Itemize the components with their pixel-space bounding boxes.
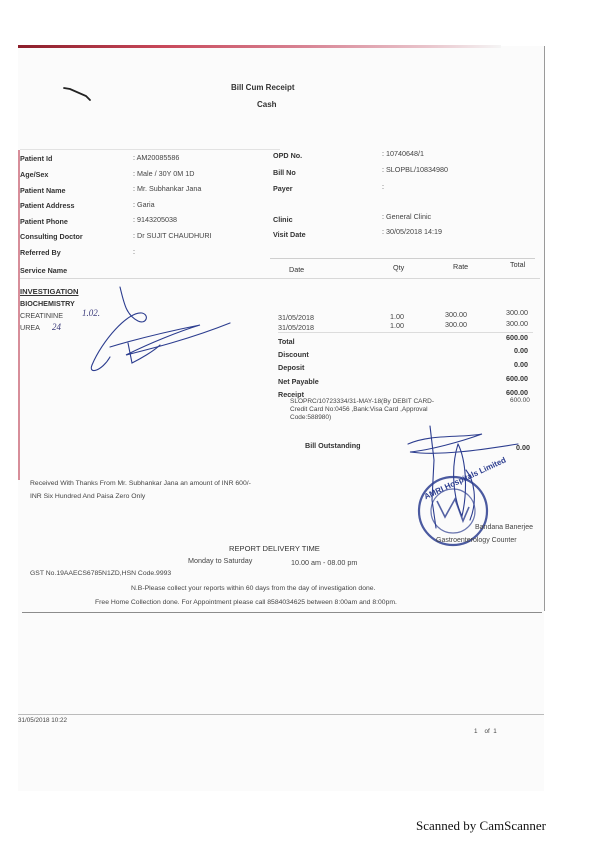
service-name: CREATININE	[20, 311, 63, 320]
patient-phone-label: Patient Phone	[20, 217, 68, 226]
home-collection-note: Free Home Collection done. For Appointme…	[95, 599, 397, 606]
paper-right-edge	[544, 46, 545, 611]
age-sex-value: : Male / 30Y 0M 1D	[133, 169, 194, 178]
service-total: 300.00	[506, 319, 528, 328]
service-rate: 300.00	[445, 320, 467, 329]
receipt-detail-amount: 600.00	[510, 397, 530, 404]
document-subtitle: Cash	[257, 100, 277, 109]
deposit-value: 0.00	[514, 360, 528, 369]
report-delivery-title: REPORT DELIVERY TIME	[229, 544, 320, 553]
service-date: 31/05/2018	[278, 313, 314, 322]
referred-by-value: :	[133, 247, 135, 256]
service-category: INVESTIGATION	[20, 287, 79, 296]
receipt-detail-line-1: SLOPRC/10723334/31-MAY-18(By DEBIT CARD-	[290, 398, 434, 405]
age-sex-label: Age/Sex	[20, 170, 48, 179]
net-payable-label: Net Payable	[278, 377, 319, 386]
patient-name-label: Patient Name	[20, 186, 66, 195]
service-qty: 1.00	[390, 321, 404, 330]
bill-no-label: Bill No	[273, 168, 296, 177]
deposit-label: Deposit	[278, 363, 304, 372]
net-payable-value: 600.00	[506, 374, 528, 383]
collection-note: N.B-Please collect your reports within 6…	[131, 585, 375, 592]
service-name: UREA	[20, 323, 40, 332]
total-value: 600.00	[506, 333, 528, 342]
report-delivery-hours: 10.00 am - 08.00 pm	[291, 558, 357, 567]
service-total: 300.00	[506, 308, 528, 317]
col-date: Date	[289, 265, 304, 274]
signatory-role: Gastroenterology Counter	[436, 537, 517, 544]
counter-signature	[400, 420, 530, 530]
patient-address-value: : Garia	[133, 200, 155, 209]
consulting-doctor-label: Consulting Doctor	[20, 232, 83, 241]
page-indicator: 1 of 1	[474, 728, 497, 735]
amount-in-words: INR Six Hundred And Paisa Zero Only	[30, 493, 145, 500]
pen-mark	[60, 84, 100, 104]
payer-label: Payer	[273, 184, 293, 193]
service-qty: 1.00	[390, 312, 404, 321]
service-date: 31/05/2018	[278, 323, 314, 332]
bill-no-value: : SLOPBL/10834980	[382, 165, 448, 174]
total-label: Total	[278, 337, 295, 346]
clinic-value: : General Clinic	[382, 212, 431, 221]
patient-name-value: : Mr. Subhankar Jana	[133, 184, 201, 193]
col-rate: Rate	[453, 262, 468, 271]
col-total: Total	[510, 260, 525, 269]
report-delivery-days: Monday to Saturday	[188, 556, 252, 565]
clinic-label: Clinic	[273, 215, 293, 224]
opd-no-label: OPD No.	[273, 151, 302, 160]
handwritten-result: 24	[52, 322, 61, 332]
service-rate: 300.00	[445, 310, 467, 319]
col-service-name: Service Name	[20, 266, 67, 275]
receipt-value: 600.00	[506, 388, 528, 397]
visit-date-value: : 30/05/2018 14:19	[382, 227, 442, 236]
consulting-doctor-value: : Dr SUJIT CHAUDHURI	[133, 231, 212, 240]
camscanner-watermark: Scanned by CamScanner	[416, 818, 546, 834]
patient-id-label: Patient Id	[20, 154, 52, 163]
referred-by-label: Referred By	[20, 248, 61, 257]
patient-address-label: Patient Address	[20, 201, 74, 210]
payer-value: :	[382, 182, 384, 191]
document-title: Bill Cum Receipt	[231, 83, 295, 92]
printed-timestamp: 31/05/2018 10:22	[18, 717, 67, 724]
discount-value: 0.00	[514, 346, 528, 355]
paper-top-edge	[18, 45, 501, 48]
visit-date-label: Visit Date	[273, 230, 306, 239]
opd-no-value: : 10740648/1	[382, 149, 424, 158]
bill-outstanding-label: Bill Outstanding	[305, 441, 361, 450]
patient-phone-value: : 9143205038	[133, 215, 177, 224]
received-with-thanks: Received With Thanks From Mr. Subhankar …	[30, 480, 251, 487]
receipt-detail-line-2: Credit Card No:0456 ,Bank:Visa Card ,App…	[290, 406, 428, 413]
col-qty: Qty	[393, 263, 404, 272]
doctor-signature	[80, 285, 260, 375]
patient-id-value: : AM20085586	[133, 153, 179, 162]
receipt-detail-line-3: Code:588980)	[290, 414, 331, 421]
discount-label: Discount	[278, 350, 309, 359]
gst-number: GST No.19AAECS6785N1ZD,HSN Code.9993	[30, 570, 171, 577]
service-subcategory: BIOCHEMISTRY	[20, 299, 75, 308]
